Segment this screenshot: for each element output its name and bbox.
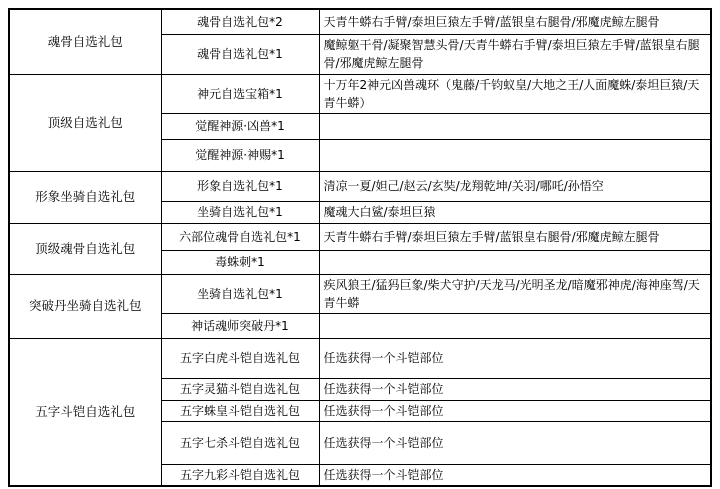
table-row: 顶级魂骨自选礼包 六部位魂骨自选礼包*1 天青牛蟒右手臂/泰坦巨猿左手臂/蓝银皇…	[9, 223, 711, 250]
category-cell: 顶级魂骨自选礼包	[9, 223, 161, 274]
content-cell: 十万年2神元凶兽魂环（鬼藤/千钧蚁皇/大地之王/人面魔蛛/泰坦巨猿/天青牛蟒）	[319, 74, 711, 113]
content-cell	[319, 313, 711, 338]
item-cell: 觉醒神源·凶兽*1	[161, 113, 319, 139]
content-cell	[319, 113, 711, 139]
table-row: 五字斗铠自选礼包 五字白虎斗铠自选礼包 任选获得一个斗铠部位	[9, 338, 711, 378]
content-cell: 疾风狼王/猛犸巨象/柴犬守护/天龙马/光明圣龙/暗魔邪神虎/海神座驾/天青牛蟒	[319, 274, 711, 313]
item-cell: 毒蛛刺*1	[161, 250, 319, 274]
content-cell: 任选获得一个斗铠部位	[319, 464, 711, 486]
item-cell: 五字灵猫斗铠自选礼包	[161, 378, 319, 400]
item-cell: 魂骨自选礼包*1	[161, 34, 319, 74]
content-cell: 任选获得一个斗铠部位	[319, 338, 711, 378]
item-cell: 形象自选礼包*1	[161, 171, 319, 201]
category-cell: 顶级自选礼包	[9, 74, 161, 171]
table-row: 形象坐骑自选礼包 形象自选礼包*1 清凉一夏/妲己/赵云/玄奘/龙翔乾坤/关羽/…	[9, 171, 711, 201]
content-cell: 任选获得一个斗铠部位	[319, 421, 711, 464]
category-cell: 突破丹坐骑自选礼包	[9, 274, 161, 338]
item-cell: 魂骨自选礼包*2	[161, 9, 319, 34]
content-cell: 魔鲸躯干骨/凝聚智慧头骨/天青牛蟒右手臂/泰坦巨猿左手臂/蓝银皇右腿骨/邪魔虎鲸…	[319, 34, 711, 74]
item-cell: 五字七杀斗铠自选礼包	[161, 421, 319, 464]
content-cell	[319, 250, 711, 274]
item-cell: 五字九彩斗铠自选礼包	[161, 464, 319, 486]
content-cell: 任选获得一个斗铠部位	[319, 400, 711, 421]
category-cell: 形象坐骑自选礼包	[9, 171, 161, 223]
table-row: 顶级自选礼包 神元自选宝箱*1 十万年2神元凶兽魂环（鬼藤/千钧蚁皇/大地之王/…	[9, 74, 711, 113]
gift-table: 魂骨自选礼包 魂骨自选礼包*2 天青牛蟒右手臂/泰坦巨猿左手臂/蓝银皇右腿骨/邪…	[8, 8, 712, 487]
item-cell: 五字白虎斗铠自选礼包	[161, 338, 319, 378]
table-row: 突破丹坐骑自选礼包 坐骑自选礼包*1 疾风狼王/猛犸巨象/柴犬守护/天龙马/光明…	[9, 274, 711, 313]
content-cell: 魔魂大白鲨/泰坦巨猿	[319, 201, 711, 223]
item-cell: 六部位魂骨自选礼包*1	[161, 223, 319, 250]
content-cell	[319, 139, 711, 171]
item-cell: 神元自选宝箱*1	[161, 74, 319, 113]
item-cell: 坐骑自选礼包*1	[161, 274, 319, 313]
category-cell: 魂骨自选礼包	[9, 9, 161, 74]
content-cell: 天青牛蟒右手臂/泰坦巨猿左手臂/蓝银皇右腿骨/邪魔虎鲸左腿骨	[319, 223, 711, 250]
content-cell: 天青牛蟒右手臂/泰坦巨猿左手臂/蓝银皇右腿骨/邪魔虎鲸左腿骨	[319, 9, 711, 34]
category-cell: 五字斗铠自选礼包	[9, 338, 161, 486]
gift-table-container: 魂骨自选礼包 魂骨自选礼包*2 天青牛蟒右手臂/泰坦巨猿左手臂/蓝银皇右腿骨/邪…	[8, 8, 712, 487]
content-cell: 任选获得一个斗铠部位	[319, 378, 711, 400]
item-cell: 五字蛛皇斗铠自选礼包	[161, 400, 319, 421]
item-cell: 觉醒神源·神赐*1	[161, 139, 319, 171]
item-cell: 神话魂师突破丹*1	[161, 313, 319, 338]
item-cell: 坐骑自选礼包*1	[161, 201, 319, 223]
table-row: 魂骨自选礼包 魂骨自选礼包*2 天青牛蟒右手臂/泰坦巨猿左手臂/蓝银皇右腿骨/邪…	[9, 9, 711, 34]
content-cell: 清凉一夏/妲己/赵云/玄奘/龙翔乾坤/关羽/哪吒/孙悟空	[319, 171, 711, 201]
